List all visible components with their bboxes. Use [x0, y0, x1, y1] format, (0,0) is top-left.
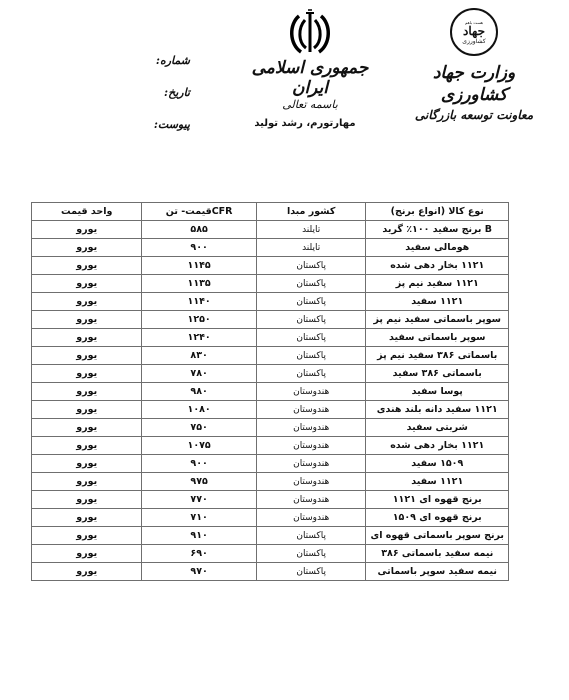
letterhead: هست باهم جهاد کشاورزی وزارت جهاد کشاورزی… [0, 0, 569, 150]
table-row: برنج قهوه ای ۱۱۲۱هندوستان۷۷۰یورو [32, 491, 509, 509]
in-name-text: باسمه تعالی [235, 98, 385, 112]
table-row: ۱۱۲۱ سفید نیم پزپاکستان۱۱۳۵یورو [32, 275, 509, 293]
product-cell: ۱۱۲۱ بخار دهی شده [366, 257, 509, 275]
unit-cell: یورو [32, 329, 142, 347]
country-cell: پاکستان [256, 311, 366, 329]
attachment-field-label: پیوست: [140, 118, 190, 150]
country-cell: هندوستان [256, 509, 366, 527]
country-cell: هندوستان [256, 455, 366, 473]
table-row: سوپر باسماتی سفیدپاکستان۱۲۴۰یورو [32, 329, 509, 347]
product-cell: ۱۱۲۱ سفید دانه بلند هندی [366, 401, 509, 419]
meta-fields: شماره: تاریخ: پیوست: [140, 54, 190, 150]
country-cell: پاکستان [256, 347, 366, 365]
price-cell: ۹۸۰ [142, 383, 256, 401]
logo-main-text: جهاد [463, 25, 485, 38]
unit-cell: یورو [32, 239, 142, 257]
table-row: باسماتی ۳۸۶ سفیدپاکستان۷۸۰یورو [32, 365, 509, 383]
table-row: برنج قهوه ای ۱۵۰۹هندوستان۷۱۰یورو [32, 509, 509, 527]
product-cell: باسماتی ۳۸۶ سفید نیم پز [366, 347, 509, 365]
country-cell: تایلند [256, 221, 366, 239]
price-cell: ۶۹۰ [142, 545, 256, 563]
price-cell: ۹۷۵ [142, 473, 256, 491]
republic-name: جمهوری اسلامی ایران [235, 58, 385, 98]
product-cell: ۱۱۲۱ بخار دهی شده [366, 437, 509, 455]
price-cell: ۱۱۴۵ [142, 257, 256, 275]
table-row: باسماتی ۳۸۶ سفید نیم پزپاکستان۸۳۰یورو [32, 347, 509, 365]
unit-cell: یورو [32, 383, 142, 401]
country-cell: هندوستان [256, 383, 366, 401]
unit-cell: یورو [32, 311, 142, 329]
table-row: B برنج سفید ۱۰۰٪ گریدتایلند۵۸۵یورو [32, 221, 509, 239]
ministry-block: هست باهم جهاد کشاورزی وزارت جهاد کشاورزی… [409, 8, 539, 124]
price-cell: ۱۲۴۰ [142, 329, 256, 347]
country-cell: پاکستان [256, 527, 366, 545]
unit-cell: یورو [32, 365, 142, 383]
price-cell: ۱۲۵۰ [142, 311, 256, 329]
country-cell: پاکستان [256, 329, 366, 347]
republic-block: جمهوری اسلامی ایران باسمه تعالی [235, 8, 385, 112]
product-cell: برنج سوپر باسماتی قهوه ای [366, 527, 509, 545]
price-cell: ۱۱۴۰ [142, 293, 256, 311]
product-cell: سوپر باسماتی سفید [366, 329, 509, 347]
product-cell: برنج قهوه ای ۱۱۲۱ [366, 491, 509, 509]
country-cell: پاکستان [256, 293, 366, 311]
price-cell: ۷۵۰ [142, 419, 256, 437]
product-cell: سوپر باسماتی سفید نیم پز [366, 311, 509, 329]
product-cell: پوسا سفید [366, 383, 509, 401]
table-row: ۱۱۲۱ بخار دهی شدهپاکستان۱۱۴۵یورو [32, 257, 509, 275]
logo-sub-text: کشاورزی [462, 38, 485, 45]
country-cell: هندوستان [256, 491, 366, 509]
unit-cell: یورو [32, 419, 142, 437]
table-header-row: نوع کالا (انواع برنج) کشور مبدا CFRقیمت-… [32, 203, 509, 221]
product-cell: شربتی سفید [366, 419, 509, 437]
header-unit: واحد قیمت [32, 203, 142, 221]
unit-cell: یورو [32, 437, 142, 455]
table-row: ۱۵۰۹ سفیدهندوستان۹۰۰یورو [32, 455, 509, 473]
table-row: نیمه سفید باسماتی ۳۸۶پاکستان۶۹۰یورو [32, 545, 509, 563]
header-price: CFRقیمت- تن [142, 203, 256, 221]
unit-cell: یورو [32, 401, 142, 419]
table-row: شربتی سفیدهندوستان۷۵۰یورو [32, 419, 509, 437]
price-cell: ۹۱۰ [142, 527, 256, 545]
unit-cell: یورو [32, 563, 142, 581]
unit-cell: یورو [32, 293, 142, 311]
price-cell: ۸۳۰ [142, 347, 256, 365]
date-field-label: تاریخ: [140, 86, 190, 118]
country-cell: پاکستان [256, 545, 366, 563]
product-cell: ۱۱۲۱ سفید [366, 473, 509, 491]
header-product: نوع کالا (انواع برنج) [366, 203, 509, 221]
product-cell: نیمه سفید سوپر باسماتی [366, 563, 509, 581]
price-cell: ۱۰۸۰ [142, 401, 256, 419]
product-cell: نیمه سفید باسماتی ۳۸۶ [366, 545, 509, 563]
table-row: ۱۱۲۱ بخار دهی شدههندوستان۱۰۷۵یورو [32, 437, 509, 455]
country-cell: هندوستان [256, 437, 366, 455]
unit-cell: یورو [32, 473, 142, 491]
unit-cell: یورو [32, 545, 142, 563]
product-cell: باسماتی ۳۸۶ سفید [366, 365, 509, 383]
iran-emblem-icon [285, 8, 335, 56]
number-field-label: شماره: [140, 54, 190, 86]
table-row: سوپر باسماتی سفید نیم پزپاکستان۱۲۵۰یورو [32, 311, 509, 329]
table-row: برنج سوپر باسماتی قهوه ایپاکستان۹۱۰یورو [32, 527, 509, 545]
deputy-name: معاونت توسعه بازرگانی [409, 106, 539, 124]
country-cell: هندوستان [256, 473, 366, 491]
unit-cell: یورو [32, 257, 142, 275]
country-cell: هندوستان [256, 401, 366, 419]
unit-cell: یورو [32, 221, 142, 239]
product-cell: ۱۵۰۹ سفید [366, 455, 509, 473]
country-cell: پاکستان [256, 257, 366, 275]
price-cell: ۹۰۰ [142, 239, 256, 257]
table-row: ۱۱۲۱ سفیدپاکستان۱۱۴۰یورو [32, 293, 509, 311]
ministry-name: وزارت جهاد کشاورزی [409, 62, 539, 106]
unit-cell: یورو [32, 509, 142, 527]
country-cell: پاکستان [256, 275, 366, 293]
price-cell: ۷۸۰ [142, 365, 256, 383]
table-row: پوسا سفیدهندوستان۹۸۰یورو [32, 383, 509, 401]
header-country: کشور مبدا [256, 203, 366, 221]
jahad-logo-icon: هست باهم جهاد کشاورزی [450, 8, 498, 56]
rice-price-table: نوع کالا (انواع برنج) کشور مبدا CFRقیمت-… [31, 202, 509, 581]
country-cell: تایلند [256, 239, 366, 257]
product-cell: B برنج سفید ۱۰۰٪ گرید [366, 221, 509, 239]
unit-cell: یورو [32, 275, 142, 293]
product-cell: ۱۱۲۱ سفید نیم پز [366, 275, 509, 293]
product-cell: برنج قهوه ای ۱۵۰۹ [366, 509, 509, 527]
price-cell: ۹۷۰ [142, 563, 256, 581]
price-cell: ۵۸۵ [142, 221, 256, 239]
table-row: ۱۱۲۱ سفیدهندوستان۹۷۵یورو [32, 473, 509, 491]
country-cell: هندوستان [256, 419, 366, 437]
product-cell: هومالی سفید [366, 239, 509, 257]
country-cell: پاکستان [256, 563, 366, 581]
unit-cell: یورو [32, 527, 142, 545]
unit-cell: یورو [32, 491, 142, 509]
price-cell: ۹۰۰ [142, 455, 256, 473]
table-row: ۱۱۲۱ سفید دانه بلند هندیهندوستان۱۰۸۰یورو [32, 401, 509, 419]
price-cell: ۷۱۰ [142, 509, 256, 527]
price-cell: ۷۷۰ [142, 491, 256, 509]
unit-cell: یورو [32, 347, 142, 365]
product-cell: ۱۱۲۱ سفید [366, 293, 509, 311]
price-cell: ۱۱۳۵ [142, 275, 256, 293]
price-cell: ۱۰۷۵ [142, 437, 256, 455]
table-row: هومالی سفیدتایلند۹۰۰یورو [32, 239, 509, 257]
slogan: مهارتورم، رشد تولید [245, 118, 365, 129]
country-cell: پاکستان [256, 365, 366, 383]
table-row: نیمه سفید سوپر باسماتیپاکستان۹۷۰یورو [32, 563, 509, 581]
unit-cell: یورو [32, 455, 142, 473]
